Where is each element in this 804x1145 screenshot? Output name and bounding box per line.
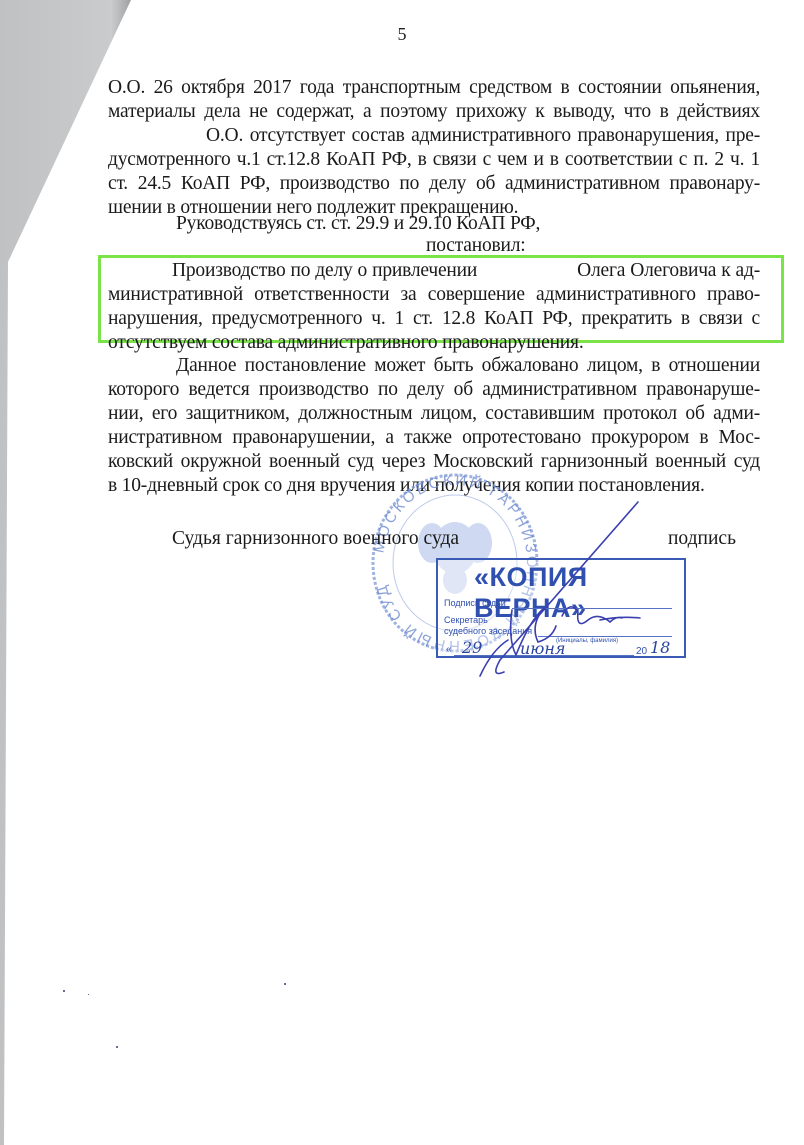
text-line: О.О. 26 октября 2017 года транспортным с…: [108, 76, 760, 100]
scan-speck: [116, 1046, 118, 1048]
judge-title: Судья гарнизонного военного суда: [172, 528, 459, 550]
scan-speck: [63, 990, 65, 992]
text-line: Производство по делу о привлечении Олега…: [172, 259, 760, 283]
text-line: в 10-дневный срок со дня вручения или по…: [108, 474, 705, 498]
certified-copy-stamp: «КОПИЯ ВЕРНА» Подпись судьи Секретарь су…: [436, 558, 686, 658]
text-line: нии, его защитником, должностным лицом, …: [108, 402, 760, 426]
date-year: 18: [650, 638, 670, 657]
signature-placeholder: подпись: [668, 528, 736, 550]
text-line: которого ведется производство по делу об…: [108, 378, 760, 402]
page-number: 5: [0, 24, 804, 45]
judge-signature-label: Подпись судьи: [444, 598, 506, 608]
text-line: отсутствуем состава административного пр…: [108, 331, 584, 355]
text-line: Данное постановление может быть обжалова…: [176, 354, 760, 378]
secretary-label-2: судебного заседания: [444, 626, 532, 636]
text-line: министративной ответственности за соверш…: [108, 283, 760, 307]
text-line: ст. 24.5 КоАП РФ, производство по делу о…: [108, 172, 760, 196]
text-line: дусмотренного ч.1 ст.12.8 КоАП РФ, в свя…: [108, 148, 760, 172]
certified-copy-title: «КОПИЯ ВЕРНА»: [474, 562, 684, 624]
text-line: нарушения, предусмотренного ч. 1 ст. 12.…: [108, 307, 760, 331]
text-line: материалы дела не содержат, а поэтому пр…: [108, 100, 760, 124]
guided-by-line: Руководствуясь ст. ст. 29.9 и 29.10 КоАП…: [176, 212, 540, 236]
text-line: нистративном правонарушении, а также опр…: [108, 426, 760, 450]
text-line: ковский окружной военный суд через Моско…: [108, 450, 760, 474]
scan-speck: [284, 983, 286, 985]
secretary-label: Секретарь: [444, 615, 488, 625]
text-line: О.О. отсутствует состав административног…: [206, 124, 760, 148]
scan-speck: [88, 994, 89, 995]
